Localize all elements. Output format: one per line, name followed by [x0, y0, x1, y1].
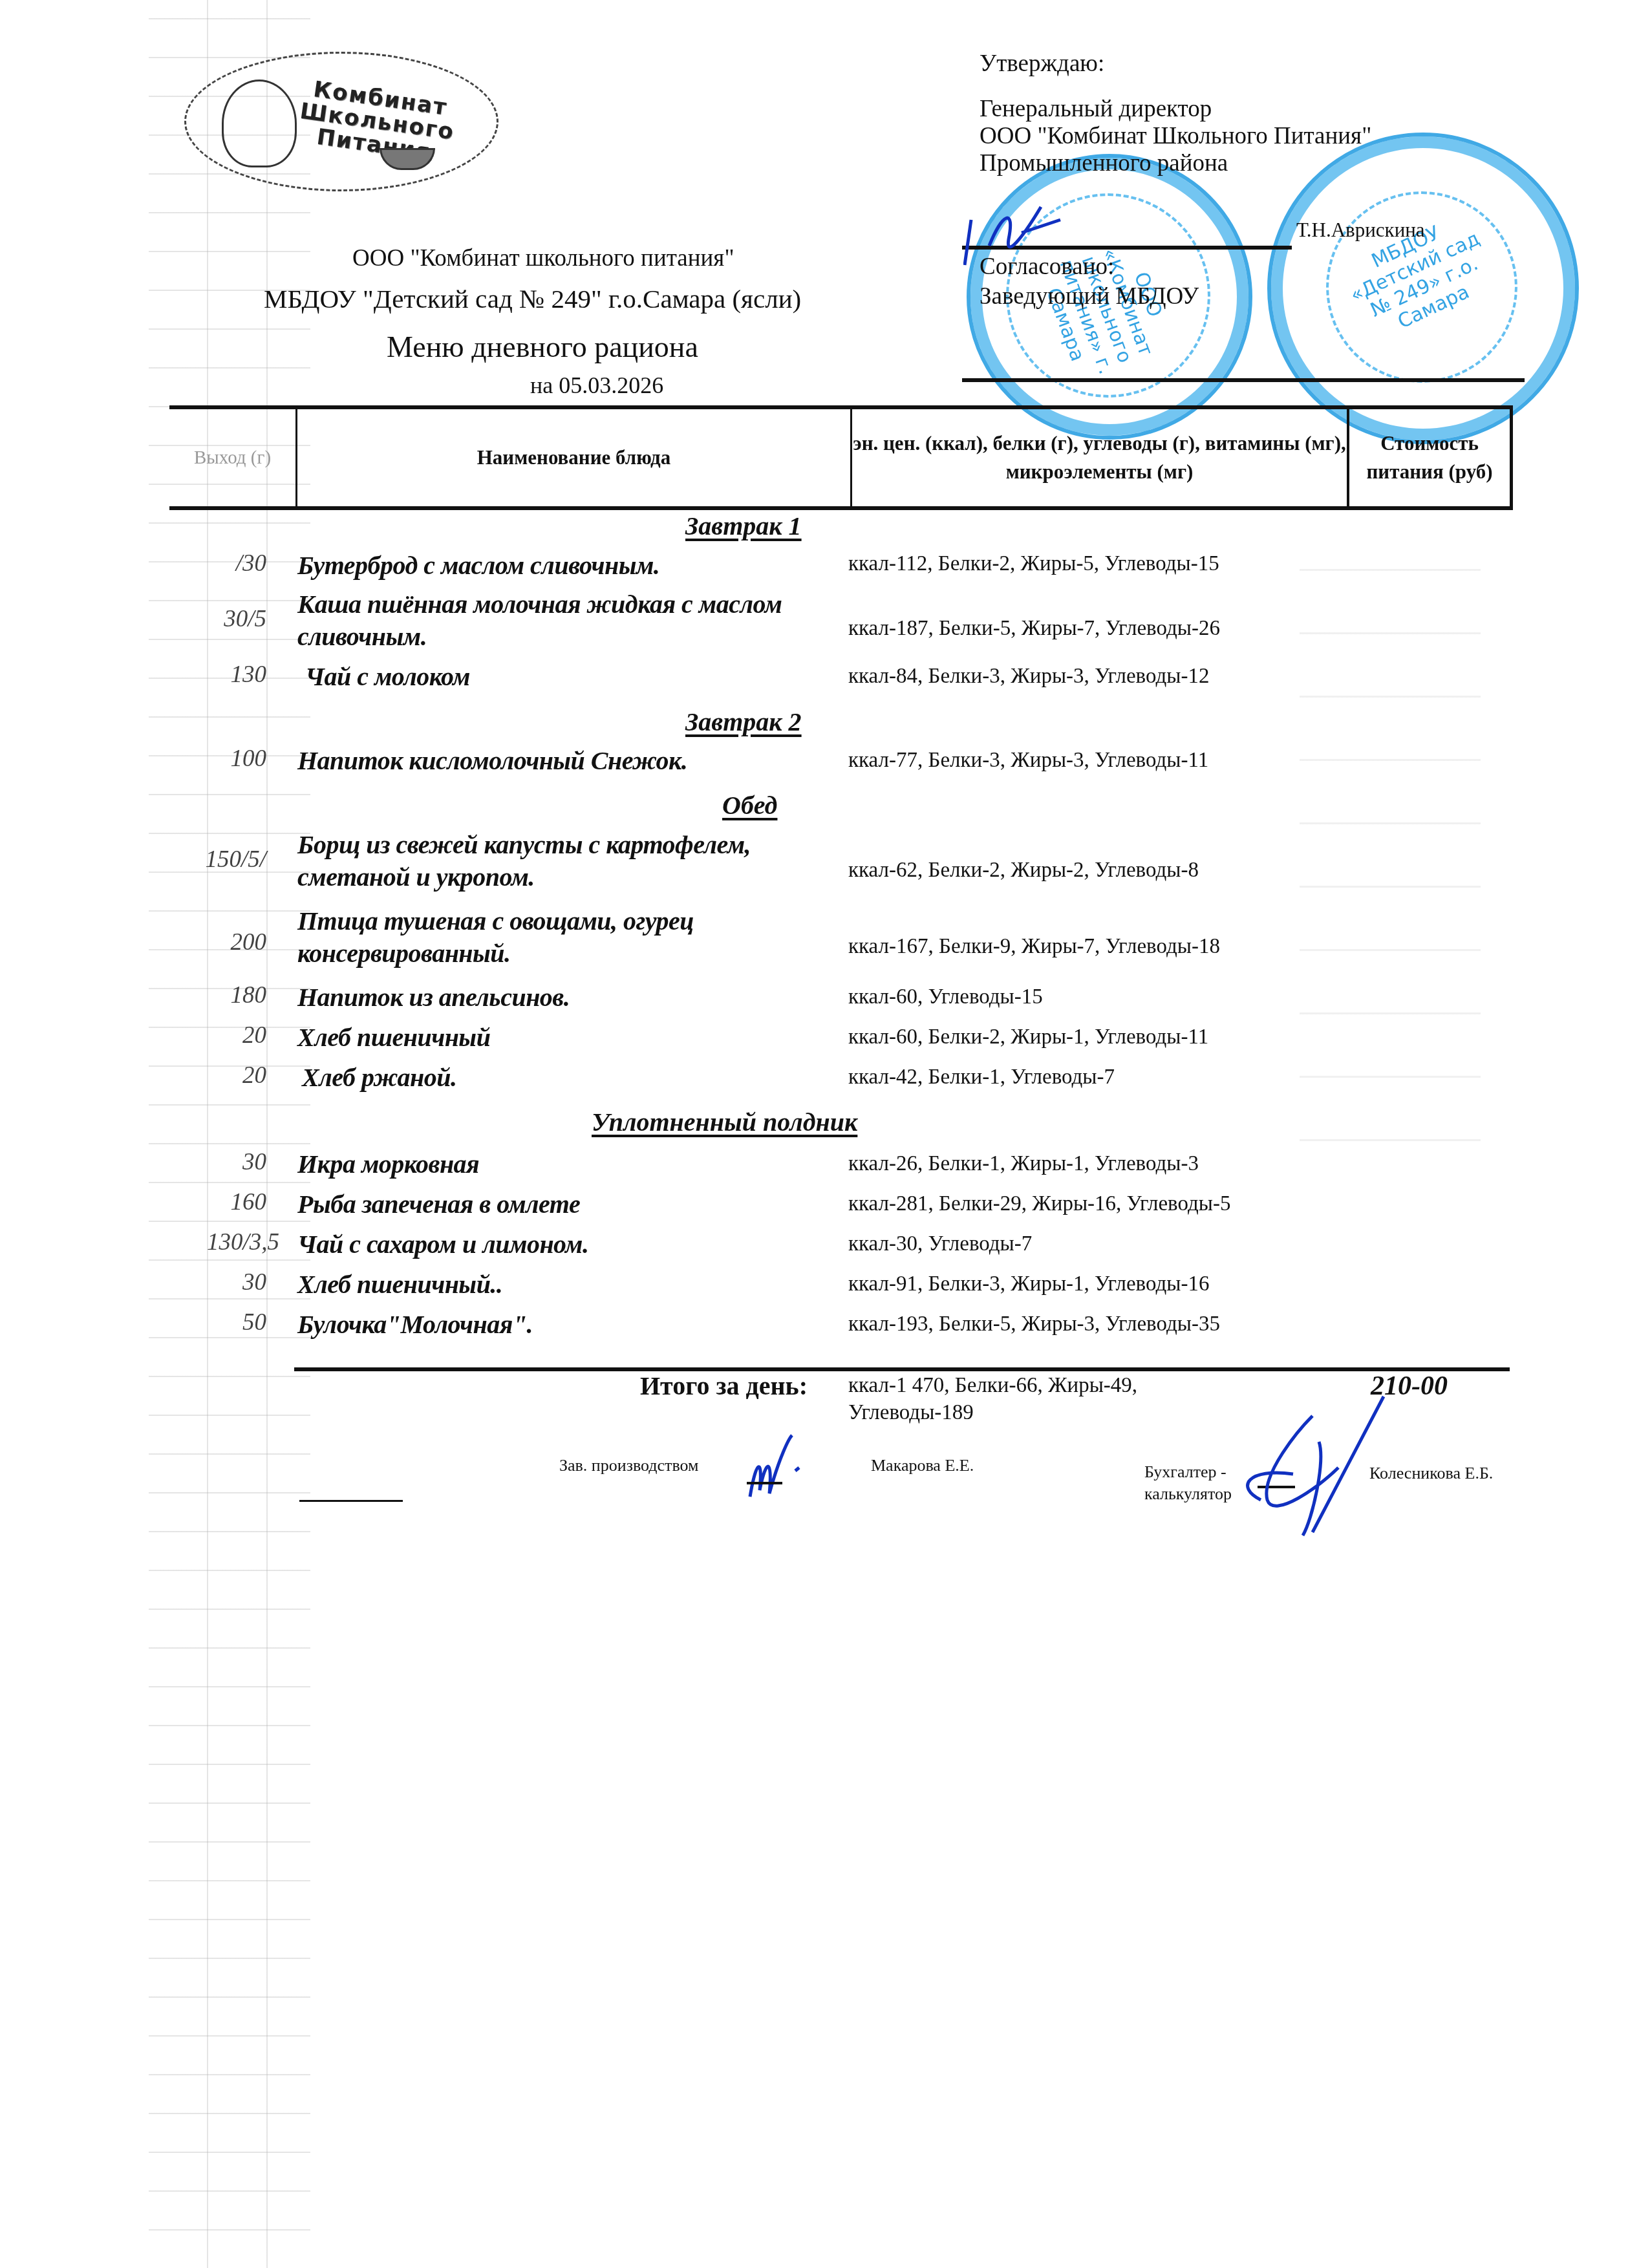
dish-yield: 20 [169, 1062, 266, 1089]
column-header-name: Наименование блюда [297, 409, 852, 506]
agreed-position: Заведующий МБДОУ [980, 282, 1199, 312]
column-header-yield: Выход (г) [169, 409, 297, 506]
dish-nutrition: ккал-26, Белки-1, Жиры-1, Углеводы-3 [848, 1152, 1199, 1176]
dish-name: Чай с молоком [305, 661, 842, 693]
approved-label: Утверждаю: [980, 50, 1371, 78]
director-signature-icon [963, 194, 1067, 278]
total-divider [294, 1367, 1510, 1371]
dish-nutrition: ккал-60, Белки-2, Жиры-1, Углеводы-11 [848, 1025, 1208, 1049]
dish-yield: 200 [169, 928, 266, 956]
dish-nutrition: ккал-193, Белки-5, Жиры-3, Углеводы-35 [848, 1312, 1220, 1336]
document-title: Меню дневного рациона [387, 330, 698, 364]
production-manager-signature-icon [744, 1432, 821, 1503]
dish-yield: 20 [169, 1022, 266, 1049]
section-title-afternoon-snack: Уплотненный полдник [592, 1107, 857, 1137]
dish-yield: 30 [169, 1148, 266, 1176]
dish-name: Икра морковная [297, 1148, 834, 1181]
dish-yield: 130/3,5 [156, 1228, 279, 1256]
bowl-icon [380, 148, 435, 170]
dish-name: Каша пшённая молочная жидкая с маслом сл… [297, 588, 834, 653]
agreed-signature-line [962, 378, 1525, 382]
institution-name: МБДОУ "Детский сад № 249" г.о.Самара (яс… [264, 283, 801, 314]
dish-nutrition: ккал-281, Белки-29, Жиры-16, Углеводы-5 [848, 1192, 1230, 1216]
section-title-lunch: Обед [722, 790, 777, 820]
production-manager-signature-line [747, 1482, 782, 1484]
company-logo: Комбинат Школьного Питания [184, 52, 498, 191]
total-nutrition: ккал-1 470, Белки-66, Жиры-49, Углеводы-… [848, 1372, 1249, 1426]
dish-name: Булочка"Молочная". [297, 1309, 834, 1341]
dish-nutrition: ккал-62, Белки-2, Жиры-2, Углеводы-8 [848, 859, 1199, 883]
dish-yield: /30 [169, 550, 266, 577]
dish-name: Хлеб ржаной. [302, 1062, 839, 1094]
dish-name: Птица тушеная с овощами, огурец консерви… [297, 905, 834, 970]
production-manager-name: Макарова Е.Е. [871, 1455, 974, 1477]
dish-yield: 50 [169, 1309, 266, 1336]
dish-name: Чай с сахаром и лимоном. [297, 1228, 834, 1261]
menu-date: на 05.03.2026 [530, 372, 663, 399]
director-name: Т.Н.Аврискина [1296, 219, 1425, 242]
approval-block: Утверждаю: Генеральный директор ООО "Ком… [980, 50, 1371, 177]
column-header-cost: Стоимость питания (руб) [1349, 409, 1510, 506]
dish-name: Напиток из апельсинов. [297, 981, 834, 1014]
dish-yield: 30/5 [169, 605, 266, 633]
left-margin-line [299, 1500, 403, 1502]
dish-nutrition: ккал-91, Белки-3, Жиры-1, Углеводы-16 [848, 1272, 1209, 1296]
dish-nutrition: ккал-84, Белки-3, Жиры-3, Углеводы-12 [848, 665, 1209, 689]
dish-nutrition: ккал-77, Белки-3, Жиры-3, Углеводы-11 [848, 749, 1208, 773]
dish-nutrition: ккал-167, Белки-9, Жиры-7, Углеводы-18 [848, 935, 1220, 959]
chef-icon [222, 80, 297, 167]
dish-yield: 150/5/ [169, 846, 266, 873]
dish-yield: 180 [169, 981, 266, 1009]
accountant-label: Бухгалтер - калькулятор [1144, 1461, 1232, 1505]
dish-nutrition: ккал-187, Белки-5, Жиры-7, Углеводы-26 [848, 617, 1220, 641]
director-company: ООО "Комбинат Школьного Питания" [980, 123, 1371, 150]
dish-name: Напиток кисломолочный Снежок. [297, 745, 834, 777]
production-manager-label: Зав. производством [559, 1455, 698, 1477]
director-district: Промышленного района [980, 150, 1371, 177]
total-label: Итого за день: [640, 1371, 808, 1401]
dish-name: Бутерброд с маслом сливочным. [297, 550, 834, 582]
dish-nutrition: ккал-112, Белки-2, Жиры-5, Углеводы-15 [848, 552, 1219, 576]
dish-yield: 100 [169, 745, 266, 773]
dish-yield: 30 [169, 1268, 266, 1296]
dish-name: Рыба запеченая в омлете [297, 1188, 834, 1221]
dish-yield: 160 [169, 1188, 266, 1216]
dish-nutrition: ккал-30, Углеводы-7 [848, 1232, 1032, 1256]
scan-bleed-through-left [149, 0, 310, 2268]
table-header: Выход (г) Наименование блюда эн. цен. (к… [169, 405, 1513, 510]
scan-bleed-through-right [1300, 556, 1481, 1203]
director-position: Генеральный директор [980, 96, 1371, 123]
dish-nutrition: ккал-60, Углеводы-15 [848, 985, 1043, 1009]
dish-name: Хлеб пшеничный.. [297, 1268, 834, 1301]
column-header-nutrition: эн. цен. (ккал), белки (г), углеводы (г)… [852, 409, 1349, 506]
section-title-breakfast-1: Завтрак 1 [685, 511, 802, 541]
dish-nutrition: ккал-42, Белки-1, Углеводы-7 [848, 1065, 1115, 1089]
dish-yield: 130 [169, 661, 266, 689]
accountant-signature-icon [1222, 1390, 1390, 1545]
organization-name: ООО "Комбинат школьного питания" [352, 244, 734, 272]
dish-name: Хлеб пшеничный [297, 1022, 834, 1054]
section-title-breakfast-2: Завтрак 2 [685, 707, 802, 737]
kindergarten-stamp-icon: МБДОУ «Детский сад № 249» г.о. Самара [1267, 133, 1579, 444]
dish-name: Борщ из свежей капусты с картофелем, сме… [297, 829, 834, 893]
